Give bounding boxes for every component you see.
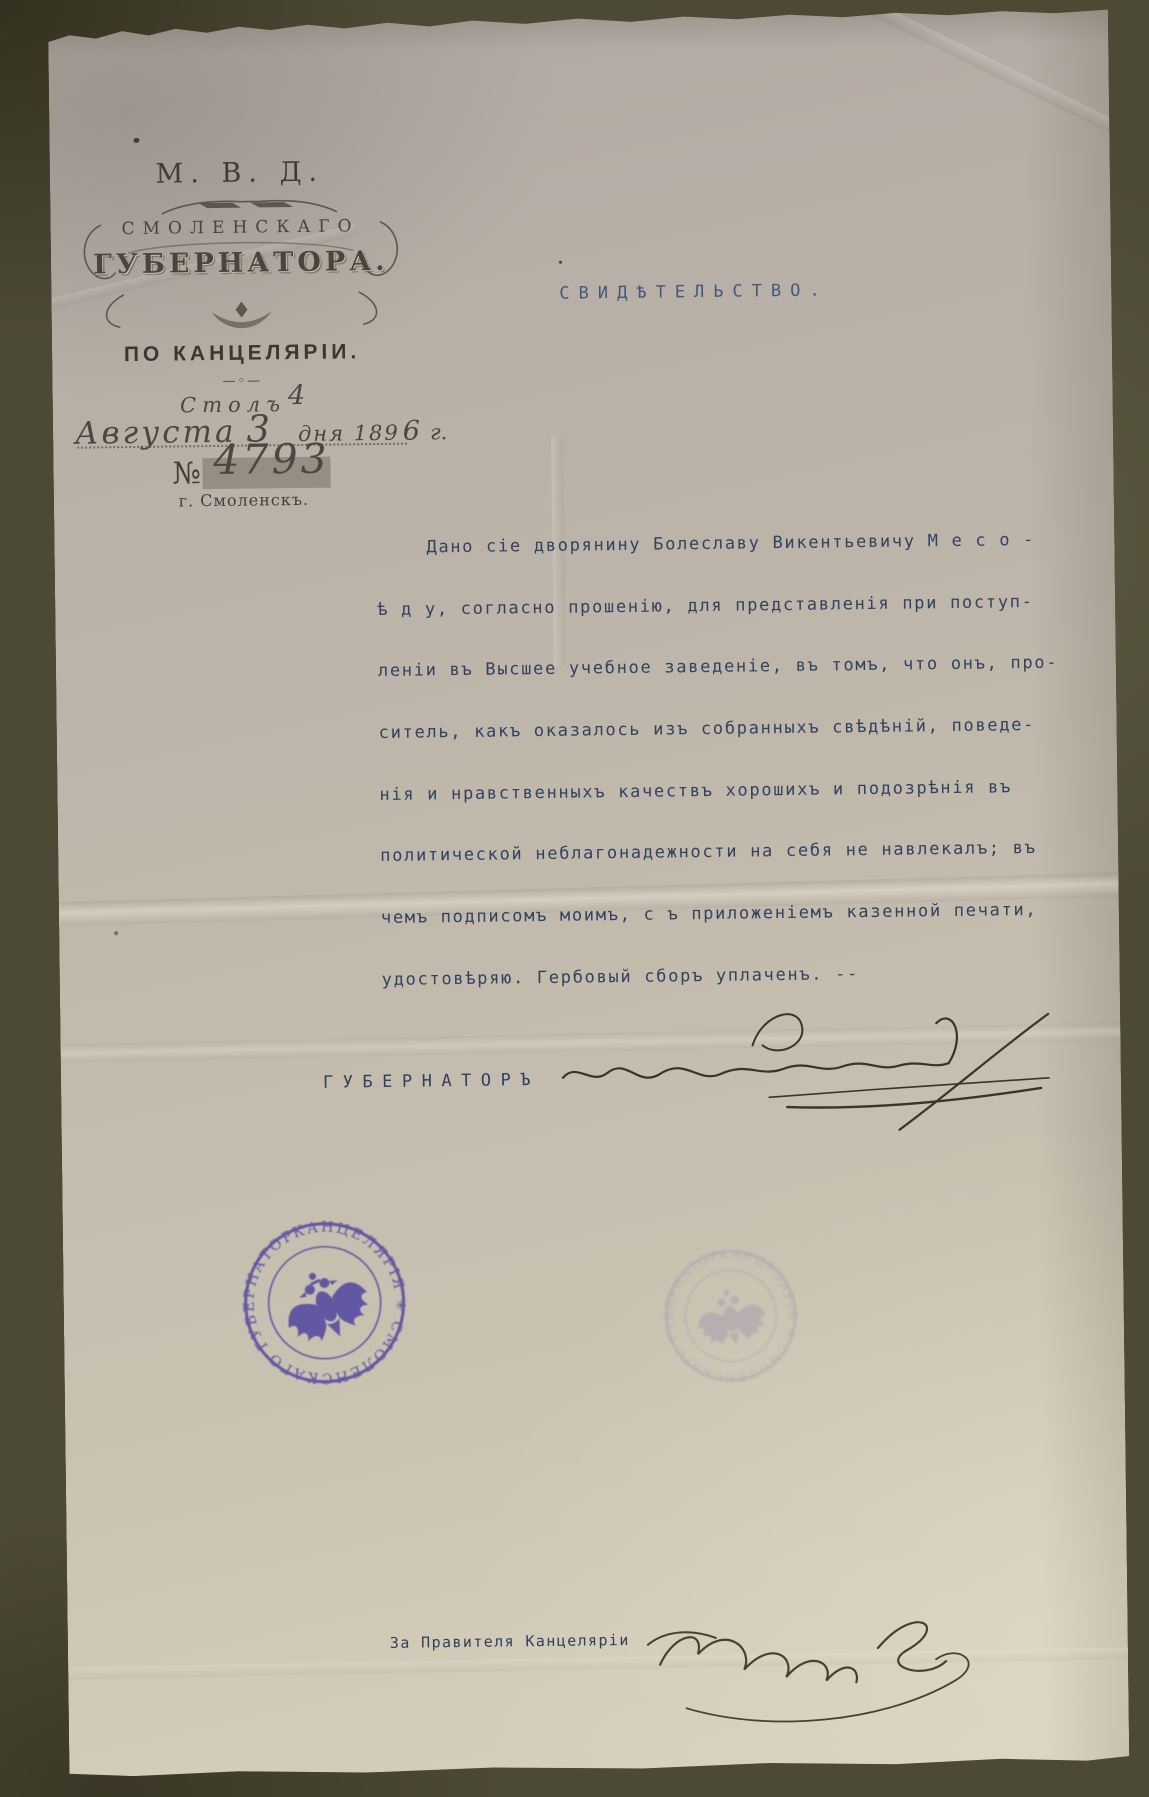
office-line: ПО КАНЦЕЛЯРІИ. <box>72 340 412 368</box>
fold-crease <box>68 1647 1128 1679</box>
chancellery-stamp: КАНЦЕЛЯРІЯ ✳ СМОЛЕНСКАГО ГУБЕРНАТОРА ✳ <box>238 1216 412 1390</box>
letterhead: М. В. Д. СМОЛЕНСКАГО ГУБЕРНАТОРА. <box>70 156 415 540</box>
date-suffix: г. <box>430 420 448 444</box>
paper-speck <box>559 261 562 264</box>
number-sign: № <box>172 456 201 491</box>
clerk-signature <box>619 1581 1101 1737</box>
org-name-line2: ГУБЕРНАТОРА. <box>71 246 411 281</box>
closing-label: За Правителя Канцеляріи <box>390 1631 630 1652</box>
document-paper: М. В. Д. СМОЛЕНСКАГО ГУБЕРНАТОРА. <box>48 9 1129 1777</box>
body-line: леніи въ Высшее учебное заведеніе, въ то… <box>378 653 1058 681</box>
governor-office-block: СМОЛЕНСКАГО ГУБЕРНАТОРА. <box>70 196 411 316</box>
city-line: г. Смоленскъ. <box>74 489 414 512</box>
body-line: нія и нравственныхъ качествъ хорошихъ и … <box>379 777 1012 805</box>
body-line: чемъ подписомъ моимъ, с ъ приложеніемъ к… <box>381 900 1038 928</box>
body-line: политической неблагонадежности на себя н… <box>380 838 1037 866</box>
body-paragraph: Дано сіе дворянину Болеславу Викентьевич… <box>48 9 1108 22</box>
double-headed-eagle-icon <box>272 1255 379 1354</box>
body-line: ситель, какъ оказалось изъ собранныхъ св… <box>379 715 1036 743</box>
paper-speck <box>114 931 118 935</box>
faint-stamp: КАНЦЕЛЯРІЯ ✳ СМОЛЕНСКАГО ГУБЕРНАТОРА ✳ <box>660 1245 802 1387</box>
governor-signature <box>500 969 1082 1156</box>
fold-crease <box>770 0 1149 178</box>
date-year-digit-handwritten: 6 <box>403 415 421 446</box>
number-value-handwritten: 4793 <box>213 435 330 484</box>
body-line: Дано сіе дворянину Болеславу Викентьевич… <box>426 530 1035 557</box>
org-name-line1: СМОЛЕНСКАГО <box>70 216 410 240</box>
certificate-title: СВИДѢТЕЛЬСТВО. <box>559 280 829 303</box>
fold-crease <box>60 1022 1120 1062</box>
body-line: ѣ д у, согласно прошенію, для представле… <box>377 592 1034 620</box>
body-line: удостовѣряю. Гербовый сборъ уплаченъ. -- <box>382 964 860 990</box>
double-headed-eagle-icon <box>692 1283 771 1352</box>
paper-speck <box>133 138 139 143</box>
governor-label: ГУБЕРНАТОРЪ <box>323 1070 540 1093</box>
